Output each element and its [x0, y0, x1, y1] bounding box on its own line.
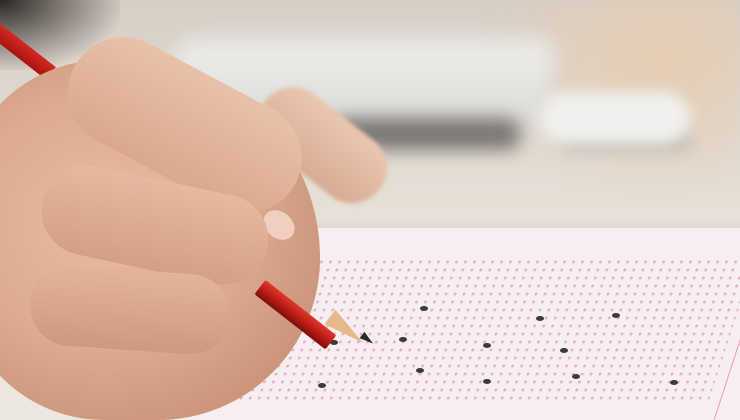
filled-bubble — [318, 383, 326, 388]
filled-bubble — [536, 316, 544, 321]
hand-ring-finger — [27, 263, 232, 357]
filled-bubble — [670, 380, 678, 385]
blurred-mouse — [540, 92, 690, 144]
filled-bubble — [483, 343, 491, 348]
filled-bubble — [416, 368, 424, 373]
filled-bubble — [612, 313, 620, 318]
photo-scene — [0, 0, 740, 420]
filled-bubble — [420, 306, 428, 311]
filled-bubble — [560, 348, 568, 353]
filled-bubble — [483, 379, 491, 384]
filled-bubble — [572, 374, 580, 379]
filled-bubble — [399, 337, 407, 342]
